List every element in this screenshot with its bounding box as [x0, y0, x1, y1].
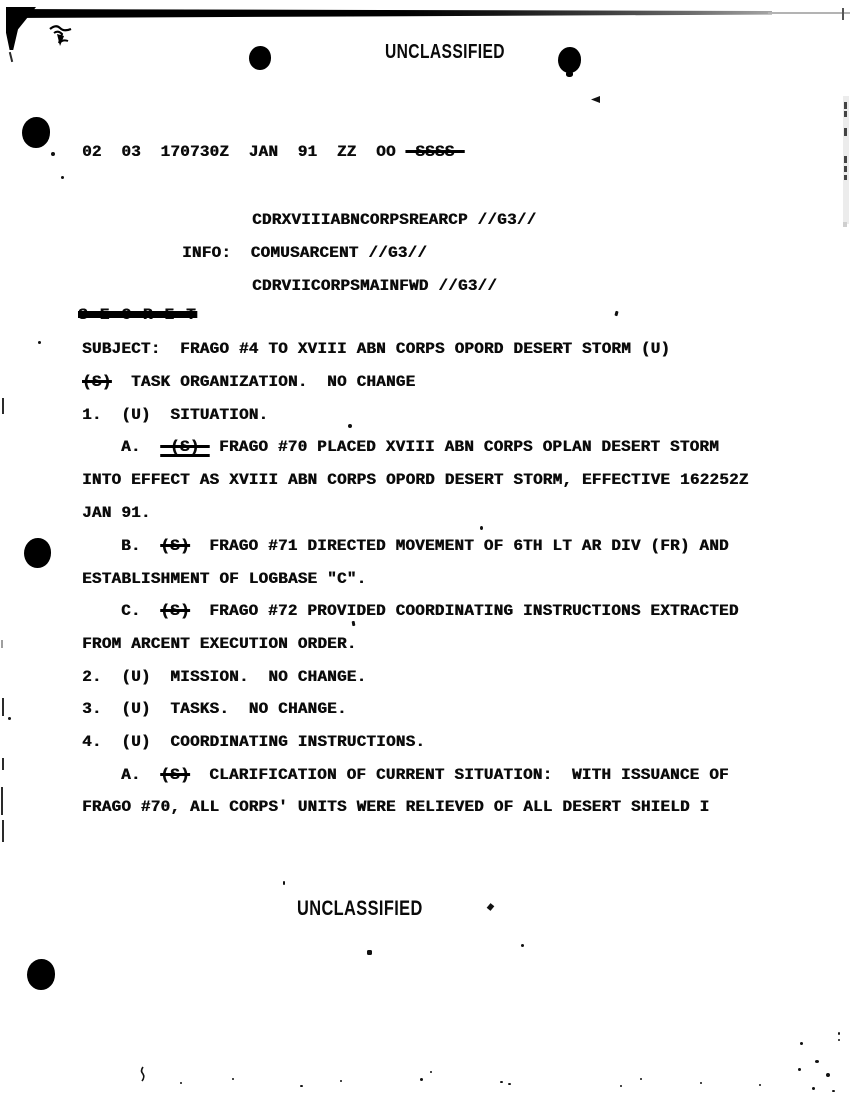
- edge-mark: [9, 52, 13, 62]
- line-1c-cont: FROM ARCENT EXECUTION ORDER.: [82, 634, 356, 654]
- scan-speck: [521, 944, 524, 947]
- line-3-tasks: 3. (U) TASKS. NO CHANGE.: [82, 699, 347, 719]
- stamp-top-label: UNCLASSIFIED: [385, 41, 505, 63]
- punch-mark-middle: [24, 538, 51, 568]
- scan-speck: [640, 1078, 642, 1080]
- line-text: FRAGO #70, ALL CORPS' UNITS WERE RELIEVE…: [82, 798, 709, 816]
- line-subject: SUBJECT: FRAGO #4 TO XVIII ABN CORPS OPO…: [82, 339, 670, 359]
- scan-speck: [508, 1083, 511, 1085]
- scan-speck: [614, 311, 618, 317]
- scan-speck: [300, 1085, 303, 1087]
- scan-speck: [8, 717, 11, 720]
- redacted-classification: S E C R E T: [78, 306, 197, 324]
- line-text: B.: [121, 537, 160, 555]
- redacted-marking: (S): [160, 438, 209, 456]
- scan-speck: [180, 1082, 182, 1084]
- classification-stamp-top: UNCLASSIFIED: [385, 41, 505, 64]
- scan-speck: [838, 1039, 840, 1041]
- line-1a: A. (S) FRAGO #70 PLACED XVIII ABN CORPS …: [121, 437, 719, 457]
- scan-speck: [815, 1060, 819, 1063]
- scan-speck: [352, 621, 356, 626]
- edge-mark: [844, 102, 847, 109]
- edge-mark: [844, 128, 847, 136]
- line-text: FRAGO #70 PLACED XVIII ABN CORPS OPLAN D…: [209, 438, 719, 456]
- line-text: C.: [121, 602, 160, 620]
- arrow-speck: [591, 96, 600, 103]
- line-text: INTO EFFECT AS XVIII ABN CORPS OPORD DES…: [82, 471, 749, 489]
- scan-speck: [348, 424, 352, 428]
- edge-mark: [844, 156, 847, 163]
- redacted-text: SSSS: [405, 143, 464, 161]
- line-4a: A. (S) CLARIFICATION OF CURRENT SITUATIO…: [121, 765, 729, 785]
- ink-dot-left: [249, 46, 271, 70]
- scan-speck: [759, 1084, 761, 1086]
- line-text: SUBJECT: FRAGO #4 TO XVIII ABN CORPS OPO…: [82, 340, 670, 358]
- line-info-addressee: INFO: COMUSARCENT //G3//: [182, 243, 427, 263]
- scan-speck: [800, 1042, 803, 1045]
- line-2-mission: 2. (U) MISSION. NO CHANGE.: [82, 667, 366, 687]
- punch-mark-bottom: [27, 959, 55, 990]
- top-scan-bar-faint: [768, 12, 850, 14]
- edge-mark: [842, 8, 844, 20]
- scan-speck: [283, 881, 285, 885]
- ink-dot-right-tail: [566, 71, 573, 77]
- ink-dot-right: [558, 47, 581, 73]
- redacted-marking: (S): [160, 537, 189, 555]
- line-1a-cont2: JAN 91.: [82, 503, 151, 523]
- edge-mark: [2, 820, 4, 842]
- line-text: 2. (U) MISSION. NO CHANGE.: [82, 668, 366, 686]
- scan-speck: [826, 1073, 830, 1077]
- scan-speck: [367, 950, 372, 955]
- line-dtg-header: 02 03 170730Z JAN 91 ZZ OO SSSS: [82, 142, 464, 162]
- edge-mark: [844, 111, 847, 117]
- line-text: FROM ARCENT EXECUTION ORDER.: [82, 635, 356, 653]
- edge-mark: [844, 175, 847, 180]
- scan-speck: [480, 526, 483, 530]
- edge-mark: [1, 640, 3, 648]
- scan-speck: [812, 1087, 815, 1090]
- line-text: A.: [121, 438, 160, 456]
- line-text: TASK ORGANIZATION. NO CHANGE: [111, 373, 415, 391]
- stamp-bottom-label: UNCLASSIFIED: [297, 897, 423, 920]
- line-text: A.: [121, 766, 160, 784]
- line-text: CDRVIICORPSMAINFWD //G3//: [252, 277, 497, 295]
- scan-speck: [560, 346, 563, 349]
- line-text: CLARIFICATION OF CURRENT SITUATION: WITH…: [190, 766, 729, 784]
- line-addressee-2: CDRVIICORPSMAINFWD //G3//: [252, 276, 497, 296]
- line-4a-cont: FRAGO #70, ALL CORPS' UNITS WERE RELIEVE…: [82, 797, 709, 817]
- line-1-situation: 1. (U) SITUATION.: [82, 405, 268, 425]
- scan-speck: [832, 1090, 835, 1092]
- scan-speck: [38, 341, 41, 344]
- ink-speck: [487, 903, 495, 911]
- line-text: ESTABLISHMENT OF LOGBASE "C".: [82, 570, 366, 588]
- scan-speck: [430, 1071, 432, 1073]
- line-1b: B. (S) FRAGO #71 DIRECTED MOVEMENT OF 6T…: [121, 536, 729, 556]
- edge-mark: [1, 787, 3, 815]
- scanned-document-page: UNCLASSIFIED UNCLASSIFIED 02 03 170730Z …: [0, 0, 850, 1097]
- ink-scribble: [47, 22, 75, 54]
- scan-speck: [700, 1082, 702, 1084]
- line-text: JAN 91.: [82, 504, 151, 522]
- line-text: 1. (U) SITUATION.: [82, 406, 268, 424]
- line-text: 3. (U) TASKS. NO CHANGE.: [82, 700, 347, 718]
- scan-speck: [500, 1081, 503, 1083]
- line-addressee-1: CDRXVIIIABNCORPSREARCP //G3//: [252, 210, 536, 230]
- line-text: 4. (U) COORDINATING INSTRUCTIONS.: [82, 733, 425, 751]
- line-text: 02 03 170730Z JAN 91 ZZ OO: [82, 143, 405, 161]
- redacted-marking: (S): [160, 602, 189, 620]
- classification-stamp-bottom: UNCLASSIFIED: [297, 897, 423, 921]
- line-4-coordinating: 4. (U) COORDINATING INSTRUCTIONS.: [82, 732, 425, 752]
- scan-speck: [51, 152, 55, 156]
- redacted-marking: (S): [160, 766, 189, 784]
- scan-speck: [61, 176, 64, 179]
- line-1a-cont1: INTO EFFECT AS XVIII ABN CORPS OPORD DES…: [82, 470, 749, 490]
- redacted-marking: (S): [82, 373, 111, 391]
- scan-speck: [420, 1078, 423, 1081]
- line-text: FRAGO #72 PROVIDED COORDINATING INSTRUCT…: [190, 602, 739, 620]
- line-1b-cont: ESTABLISHMENT OF LOGBASE "C".: [82, 569, 366, 589]
- edge-mark: [2, 698, 4, 716]
- scan-speck: [232, 1078, 234, 1080]
- scan-speck: [620, 1085, 622, 1087]
- punch-mark-top: [22, 117, 50, 148]
- line-text: CDRXVIIIABNCORPSREARCP //G3//: [252, 211, 536, 229]
- top-scan-bar: [6, 9, 772, 18]
- scan-speck: [798, 1068, 801, 1071]
- scan-speck: [838, 1032, 840, 1035]
- edge-mark: [2, 758, 4, 770]
- line-text: INFO: COMUSARCENT //G3//: [182, 244, 427, 262]
- ink-squiggle: [138, 1066, 148, 1082]
- scan-speck: [340, 1080, 342, 1082]
- line-1c: C. (S) FRAGO #72 PROVIDED COORDINATING I…: [121, 601, 739, 621]
- edge-mark: [844, 166, 847, 172]
- edge-mark: [2, 398, 4, 414]
- line-task-organization: (S) TASK ORGANIZATION. NO CHANGE: [82, 372, 415, 392]
- line-text: FRAGO #71 DIRECTED MOVEMENT OF 6TH LT AR…: [190, 537, 729, 555]
- edge-mark: [843, 222, 847, 227]
- line-secret-redacted: S E C R E T: [78, 305, 197, 325]
